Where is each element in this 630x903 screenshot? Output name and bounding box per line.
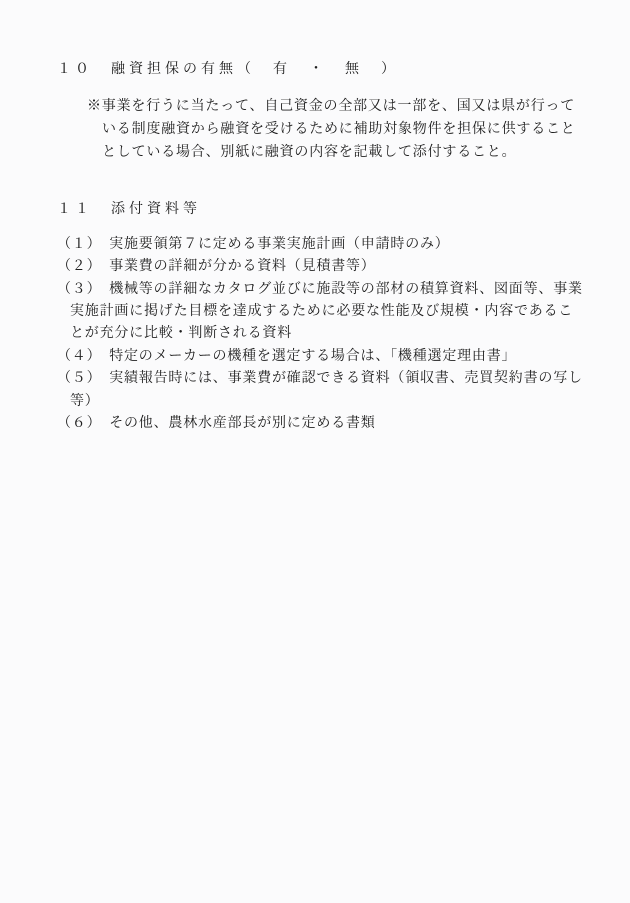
attachment-item-3: （３） 機械等の詳細なカタログ並びに施設等の部材の積算資料、図面等、事業: [57, 281, 583, 298]
attachment-item-5-cont-1: 等）: [70, 393, 100, 410]
attachment-item-4: （４） 特定のメーカーの機種を選定する場合は、「機種選定理由書」: [57, 348, 516, 365]
attachment-item-6: （６） その他、農林水産部長が別に定める書類: [57, 415, 376, 432]
attachment-item-3-cont-2: とが充分に比較・判断される資料: [70, 325, 292, 342]
attachment-item-2: （２） 事業費の詳細が分かる資料（見積書等）: [57, 258, 376, 275]
section10-note-line-3: としている場合、別紙に融資の内容を記載して添付すること。: [102, 144, 516, 161]
document-page: １０ 融資担保の有無（ 有 ・ 無 ） ※事業を行うに当たって、自己資金の全部又…: [0, 0, 630, 903]
attachment-item-1: （１） 実施要領第７に定める事業実施計画（申請時のみ）: [57, 236, 450, 253]
attachment-item-3-cont-1: 実施計画に掲げた目標を達成するために必要な性能及び規模・内容であるこ: [70, 303, 573, 320]
section10-note-line-1: ※事業を行うに当たって、自己資金の全部又は一部を、国又は県が行って: [87, 98, 575, 115]
attachment-item-5: （５） 実績報告時には、事業費が確認できる資料（領収書、売買契約書の写し: [57, 370, 583, 387]
section10-note-line-2: いる制度融資から融資を受けるために補助対象物件を担保に供すること: [102, 121, 576, 138]
section10-heading: １０ 融資担保の有無（ 有 ・ 無 ）: [57, 61, 399, 78]
section11-heading: １１ 添付資料等: [57, 201, 201, 218]
